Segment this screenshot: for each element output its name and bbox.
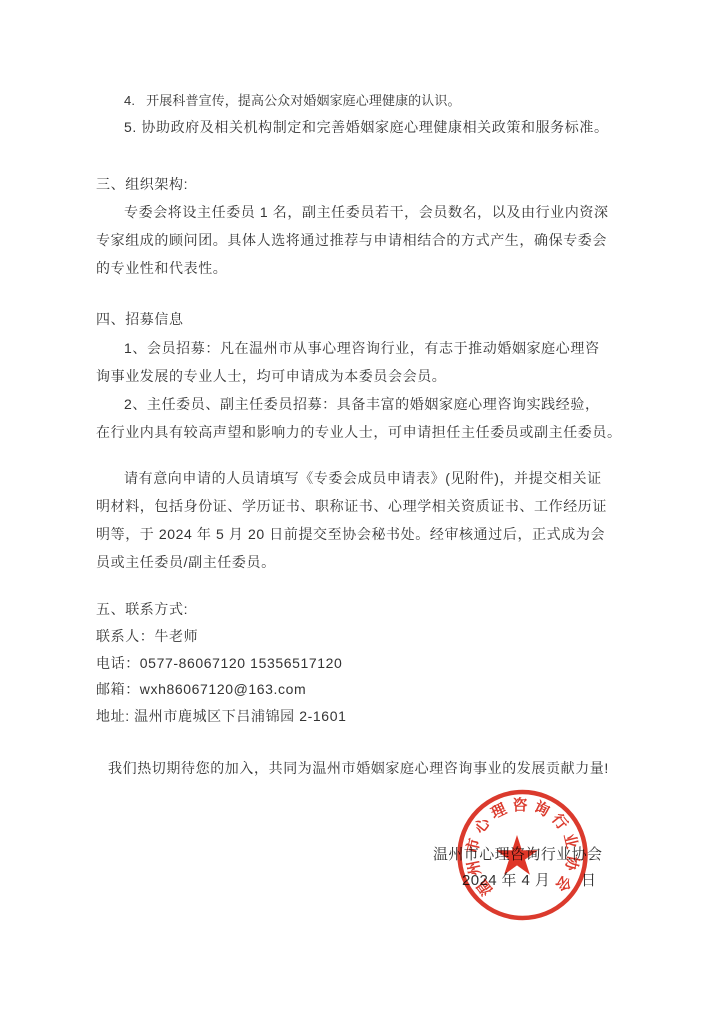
doc-line: 专委会将设主任委员 1 名，副主任委员若干，会员数名，以及由行业内资深: [96, 204, 654, 221]
doc-line: 明材料，包括身份证、学历证书、职称证书、心理学相关资质证书、工作经历证: [96, 498, 626, 515]
doc-line: 2、主任委员、副主任委员招募：具备丰富的婚姻家庭心理咨询实践经验，: [96, 396, 654, 413]
doc-line: 的专业性和代表性。: [96, 260, 626, 277]
doc-line-list-item-4: 4. 开展科普宣传，提高公众对婚姻家庭心理健康的认识。: [96, 92, 654, 109]
doc-line: 请有意向申请的人员请填写《专委会成员申请表》(见附件)，并提交相关证: [96, 470, 654, 487]
doc-line-list-item-5: 5. 协助政府及相关机构制定和完善婚姻家庭心理健康相关政策和服务标准。: [96, 119, 654, 136]
contact-phone-line: 电话：0577-86067120 15356517120: [96, 655, 626, 672]
document-page: 4. 开展科普宣传，提高公众对婚姻家庭心理健康的认识。 5. 协助政府及相关机构…: [0, 0, 720, 1018]
section-heading-3: 三、组织架构:: [96, 176, 626, 193]
doc-line: 专家组成的顾问团。具体人选将通过推荐与申请相结合的方式产生，确保专委会: [96, 232, 626, 249]
closing-line: 我们热切期待您的加入，共同为温州市婚姻家庭心理咨询事业的发展贡献力量!: [96, 760, 638, 777]
contact-person-line: 联系人：牛老师: [96, 628, 626, 645]
doc-line: 员或主任委员/副主任委员。: [96, 554, 626, 571]
doc-line: 明等，于 2024 年 5 月 20 日前提交至协会秘书处。经审核通过后，正式成…: [96, 526, 626, 543]
seal-arc-text: 温州市心理咨询行业协会: [463, 796, 582, 899]
doc-line: 1、会员招募：凡在温州市从事心理咨询行业，有志于推动婚姻家庭心理咨: [96, 340, 654, 357]
doc-line: 在行业内具有较高声望和影响力的专业人士，可申请担任主任委员或副主任委员。: [96, 424, 626, 441]
seal-star-icon: [496, 835, 538, 875]
section-heading-4: 四、招募信息: [96, 311, 626, 328]
contact-address-line: 地址: 温州市鹿城区下吕浦锦园 2-1601: [96, 708, 626, 725]
official-seal: 温州市心理咨询行业协会: [448, 780, 598, 930]
doc-line: 询事业发展的专业人士，均可申请成为本委员会会员。: [96, 368, 626, 385]
section-heading-5: 五、联系方式:: [96, 601, 626, 618]
contact-email-line: 邮箱：wxh86067120@163.com: [96, 681, 626, 698]
